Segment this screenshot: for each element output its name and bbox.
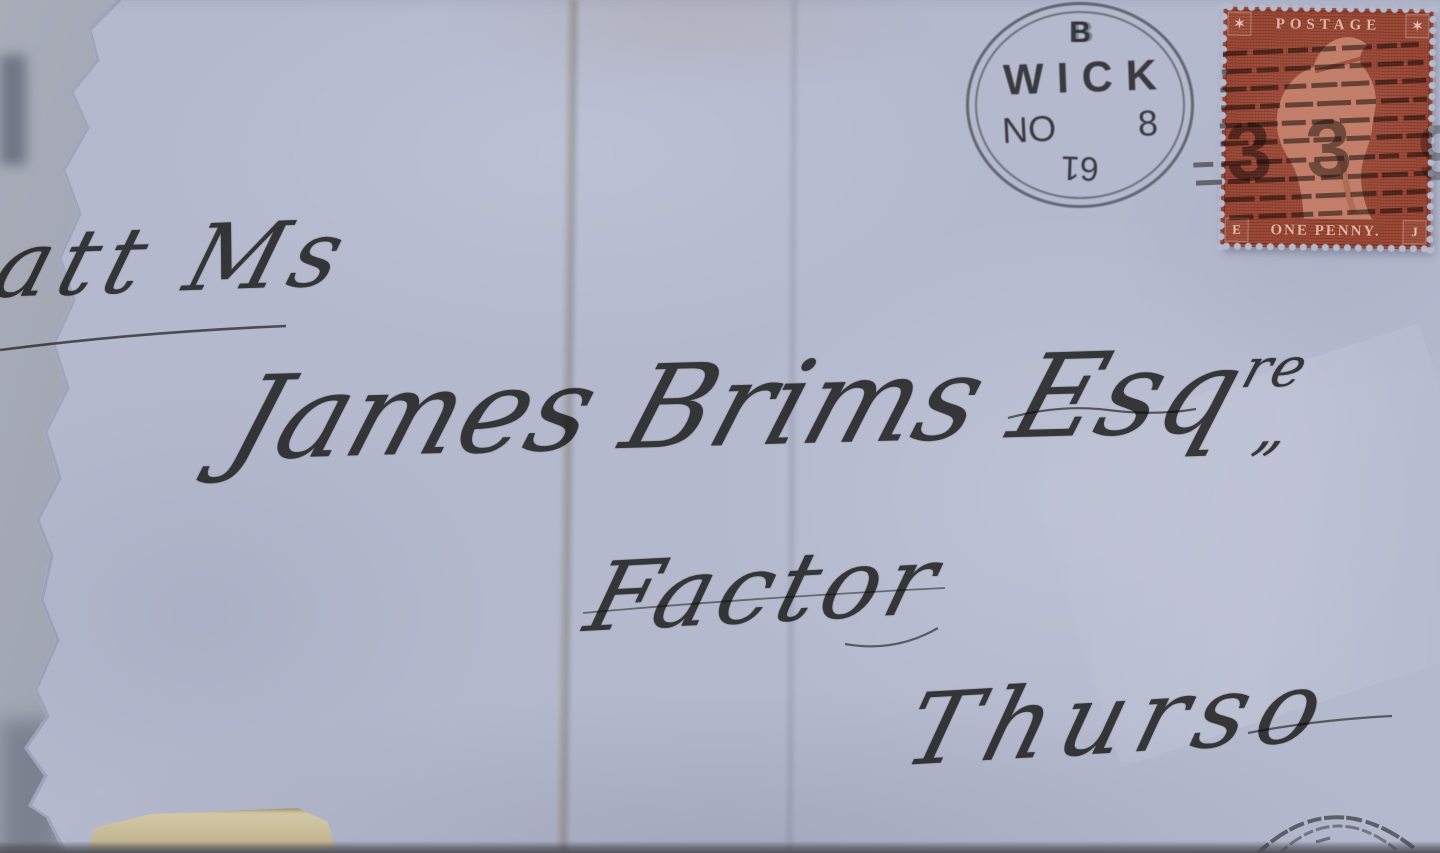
- docket-underline-flourish: [0, 326, 286, 350]
- cancel-digit-right: 3: [1303, 103, 1354, 196]
- barred-numeral-cancel: 3 3 9: [1186, 4, 1440, 252]
- datestamp-month: NO: [1001, 107, 1057, 152]
- wick-datestamp: B WICK NO 8 61: [966, 2, 1194, 208]
- cancel-digit-edge: 9: [1417, 108, 1440, 197]
- penny-red-stamp: ✶ POSTAGE ✶ E ONE PENNY. J 3: [1220, 7, 1433, 250]
- scan-bottom-shadow: [0, 841, 1440, 853]
- datestamp-date-line: NO 8: [1001, 102, 1159, 152]
- address-line-role: Factor: [575, 524, 954, 654]
- datestamp-index-letter: B: [966, 16, 1194, 50]
- datestamp-year-line: 61: [966, 148, 1194, 187]
- datestamp-day: 8: [1137, 102, 1159, 145]
- docket-note: att Ms: [0, 200, 364, 319]
- addressee-name: James Brims Esq: [214, 324, 1259, 487]
- envelope-scan: att Ms James Brims Esqre„ Factor Thurso …: [0, 0, 1440, 853]
- torn-edge-highlight: [26, 0, 120, 853]
- datestamp-office-name: WICK: [965, 50, 1195, 107]
- datestamp-year-inverted: 61: [1060, 147, 1099, 187]
- cancel-digit-left: 3: [1223, 106, 1274, 199]
